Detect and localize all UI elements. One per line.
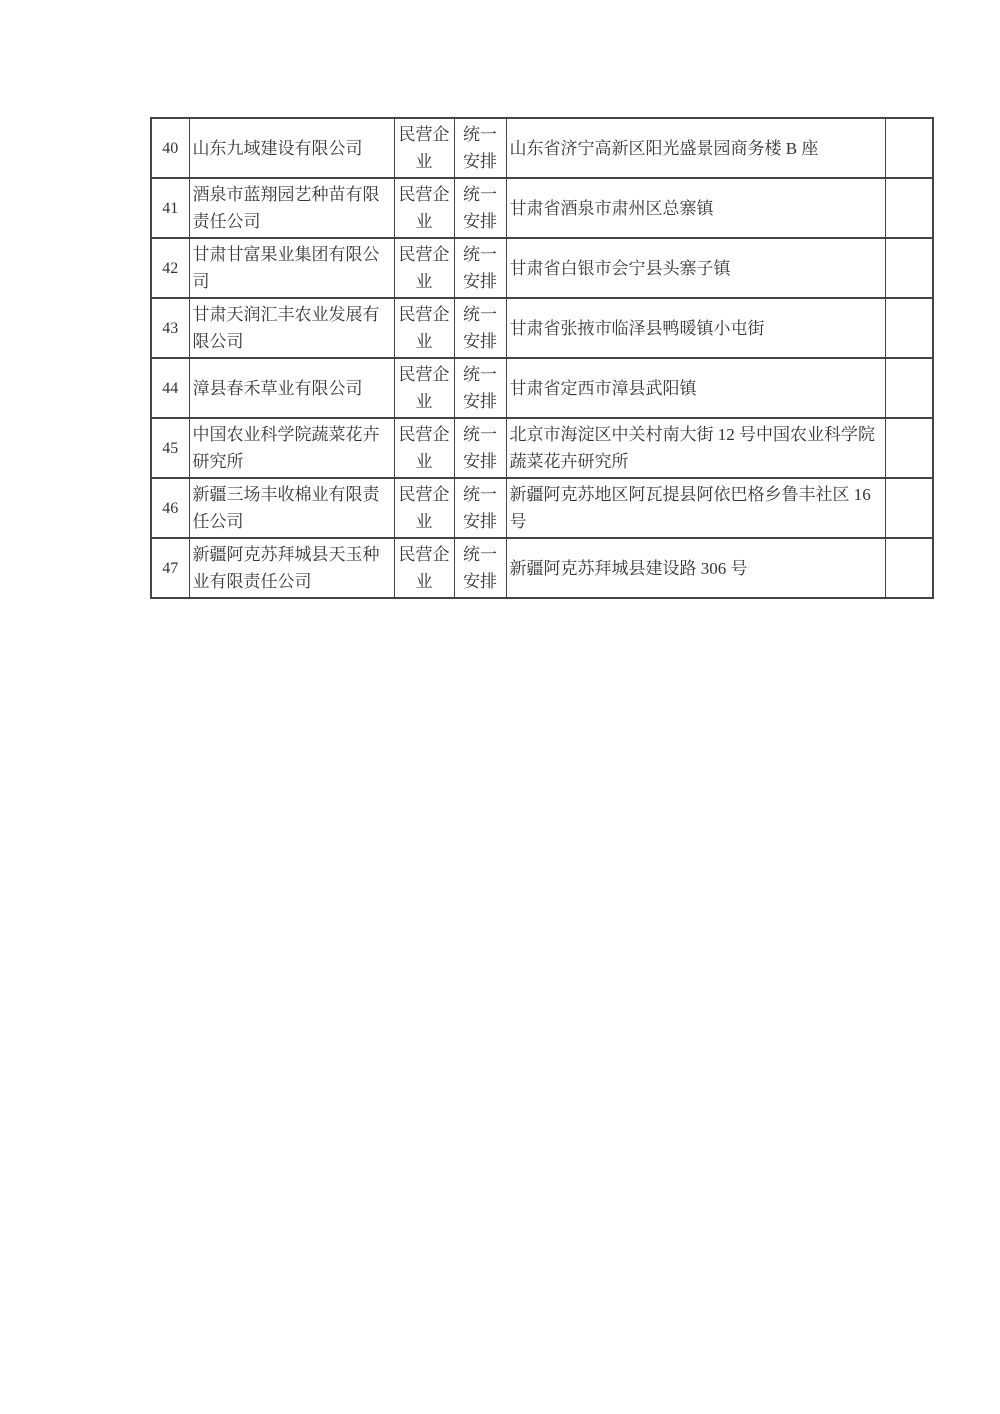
- table-row: 45 中国农业科学院蔬菜花卉研究所 民营企业 统一安排 北京市海淀区中关村南大街…: [151, 418, 933, 478]
- cell-enterprise-type: 民营企业: [394, 178, 454, 238]
- cell-company-name: 漳县春禾草业有限公司: [189, 358, 394, 418]
- table-row: 42 甘肃甘富果业集团有限公司 民营企业 统一安排 甘肃省白银市会宁县头寨子镇: [151, 238, 933, 298]
- cell-index: 41: [151, 178, 189, 238]
- cell-address: 甘肃省酒泉市肃州区总寨镇: [506, 178, 885, 238]
- cell-address: 北京市海淀区中关村南大街 12 号中国农业科学院蔬菜花卉研究所: [506, 418, 885, 478]
- cell-address: 甘肃省张掖市临泽县鸭暖镇小屯街: [506, 298, 885, 358]
- cell-arrangement: 统一安排: [454, 418, 506, 478]
- cell-company-name: 甘肃甘富果业集团有限公司: [189, 238, 394, 298]
- cell-empty: [885, 358, 933, 418]
- cell-index: 43: [151, 298, 189, 358]
- cell-empty: [885, 418, 933, 478]
- cell-index: 42: [151, 238, 189, 298]
- cell-empty: [885, 538, 933, 598]
- cell-company-name: 山东九域建设有限公司: [189, 118, 394, 178]
- cell-index: 45: [151, 418, 189, 478]
- cell-index: 40: [151, 118, 189, 178]
- table-row: 44 漳县春禾草业有限公司 民营企业 统一安排 甘肃省定西市漳县武阳镇: [151, 358, 933, 418]
- cell-company-name: 新疆三场丰收棉业有限责任公司: [189, 478, 394, 538]
- cell-company-name: 中国农业科学院蔬菜花卉研究所: [189, 418, 394, 478]
- cell-address: 甘肃省定西市漳县武阳镇: [506, 358, 885, 418]
- cell-enterprise-type: 民营企业: [394, 358, 454, 418]
- cell-arrangement: 统一安排: [454, 298, 506, 358]
- cell-empty: [885, 478, 933, 538]
- table-row: 41 酒泉市蓝翔园艺种苗有限责任公司 民营企业 统一安排 甘肃省酒泉市肃州区总寨…: [151, 178, 933, 238]
- cell-arrangement: 统一安排: [454, 478, 506, 538]
- cell-address: 山东省济宁高新区阳光盛景园商务楼 B 座: [506, 118, 885, 178]
- cell-address: 甘肃省白银市会宁县头寨子镇: [506, 238, 885, 298]
- cell-empty: [885, 118, 933, 178]
- cell-address: 新疆阿克苏地区阿瓦提县阿依巴格乡鲁丰社区 16 号: [506, 478, 885, 538]
- cell-company-name: 酒泉市蓝翔园艺种苗有限责任公司: [189, 178, 394, 238]
- table-row: 43 甘肃天润汇丰农业发展有限公司 民营企业 统一安排 甘肃省张掖市临泽县鸭暖镇…: [151, 298, 933, 358]
- cell-company-name: 新疆阿克苏拜城县天玉种业有限责任公司: [189, 538, 394, 598]
- table-row: 47 新疆阿克苏拜城县天玉种业有限责任公司 民营企业 统一安排 新疆阿克苏拜城县…: [151, 538, 933, 598]
- cell-company-name: 甘肃天润汇丰农业发展有限公司: [189, 298, 394, 358]
- table-row: 46 新疆三场丰收棉业有限责任公司 民营企业 统一安排 新疆阿克苏地区阿瓦提县阿…: [151, 478, 933, 538]
- cell-arrangement: 统一安排: [454, 118, 506, 178]
- cell-enterprise-type: 民营企业: [394, 538, 454, 598]
- cell-index: 47: [151, 538, 189, 598]
- cell-enterprise-type: 民营企业: [394, 418, 454, 478]
- cell-arrangement: 统一安排: [454, 178, 506, 238]
- cell-empty: [885, 178, 933, 238]
- company-list-table: 40 山东九域建设有限公司 民营企业 统一安排 山东省济宁高新区阳光盛景园商务楼…: [150, 117, 934, 599]
- table-row: 40 山东九域建设有限公司 民营企业 统一安排 山东省济宁高新区阳光盛景园商务楼…: [151, 118, 933, 178]
- document-page: 40 山东九域建设有限公司 民营企业 统一安排 山东省济宁高新区阳光盛景园商务楼…: [0, 0, 1000, 1414]
- cell-arrangement: 统一安排: [454, 238, 506, 298]
- cell-enterprise-type: 民营企业: [394, 238, 454, 298]
- cell-empty: [885, 238, 933, 298]
- cell-arrangement: 统一安排: [454, 538, 506, 598]
- cell-enterprise-type: 民营企业: [394, 478, 454, 538]
- cell-index: 46: [151, 478, 189, 538]
- cell-address: 新疆阿克苏拜城县建设路 306 号: [506, 538, 885, 598]
- cell-empty: [885, 298, 933, 358]
- cell-enterprise-type: 民营企业: [394, 298, 454, 358]
- cell-arrangement: 统一安排: [454, 358, 506, 418]
- cell-index: 44: [151, 358, 189, 418]
- cell-enterprise-type: 民营企业: [394, 118, 454, 178]
